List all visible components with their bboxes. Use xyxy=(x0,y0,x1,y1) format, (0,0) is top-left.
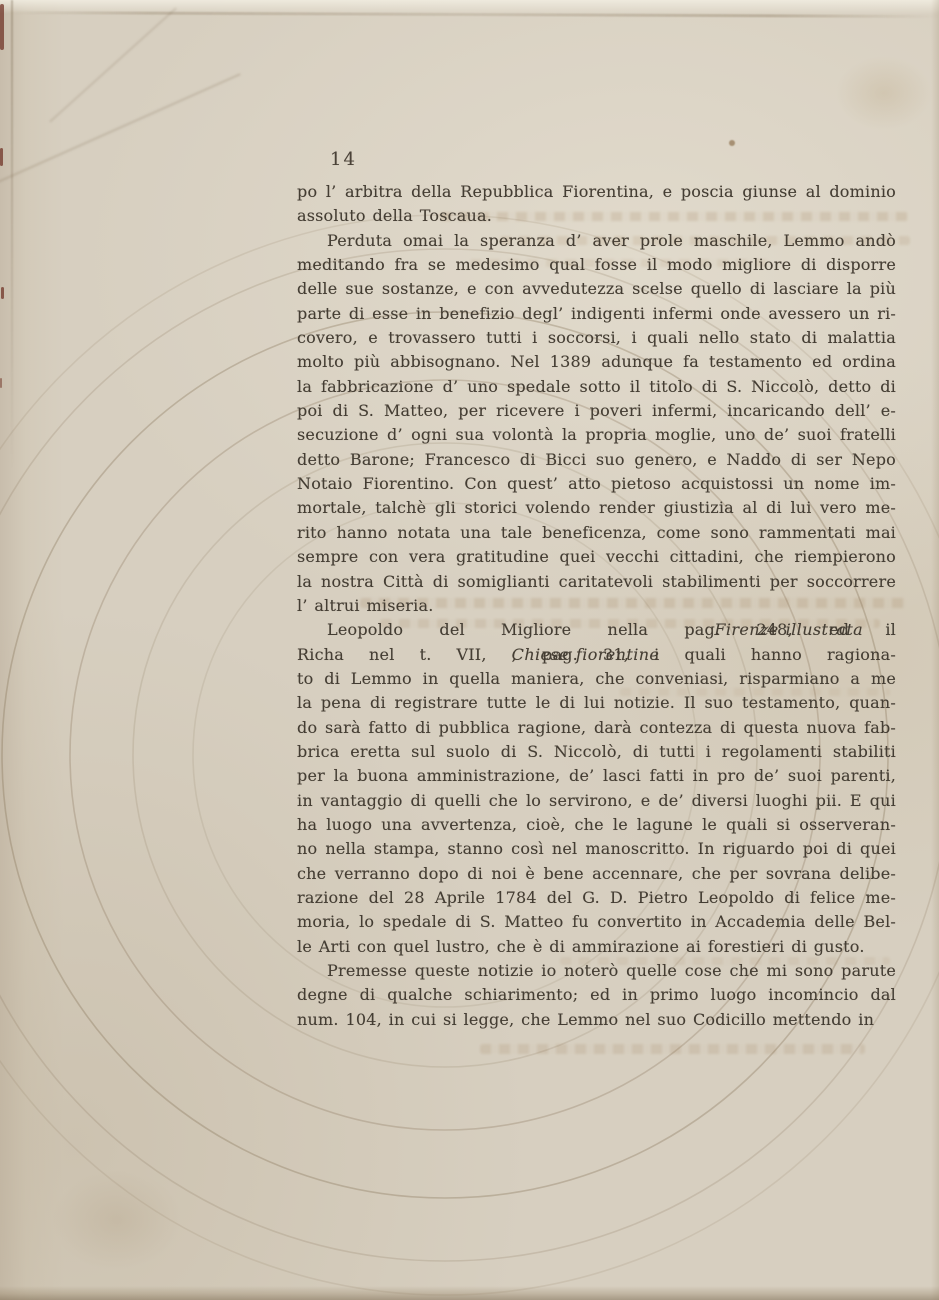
text-line: Premesse queste notizie io noterò quelle… xyxy=(297,959,896,983)
show-through-ghost-text xyxy=(480,1044,865,1054)
text-line: degne di qualche schiarimento; ed in pri… xyxy=(297,983,896,1007)
text-line: no nella stampa, stanno così nel manoscr… xyxy=(297,837,896,861)
binding-edge-mark xyxy=(0,378,2,388)
text-line: po l’ arbitra della Repubblica Fiorentin… xyxy=(297,180,896,204)
text-line: la pena di registrare tutte le di lui no… xyxy=(297,691,896,715)
text-line: molto più abbisognano. Nel 1389 adunque … xyxy=(297,350,896,374)
text-line: Richa nel t. VII, Chiese fiorentine, pag… xyxy=(297,643,896,667)
text-line: assoluto della Toscaua. xyxy=(297,204,896,228)
text-line: do sarà fatto di pubblica ragione, darà … xyxy=(297,716,896,740)
text-line: moria, lo spedale di S. Matteo fu conver… xyxy=(297,910,896,934)
text-line: la nostra Città di somiglianti caritatev… xyxy=(297,570,896,594)
paper-stain xyxy=(836,56,932,130)
binding-edge-mark xyxy=(0,4,4,50)
text-line: parte di esse in benefizio degl’ indigen… xyxy=(297,302,896,326)
text-line: razione del 28 Aprile 1784 del G. D. Pie… xyxy=(297,886,896,910)
text-line: ha luogo una avvertenza, cioè, che le la… xyxy=(297,813,896,837)
text-line: num. 104, in cui si legge, che Lemmo nel… xyxy=(297,1008,896,1032)
text-line: mortale, talchè gli storici volendo rend… xyxy=(297,496,896,520)
text-line: detto Barone; Francesco di Bicci suo gen… xyxy=(297,448,896,472)
text-line: to di Lemmo in quella maniera, che conve… xyxy=(297,667,896,691)
page-number: 14 xyxy=(330,149,357,170)
text-line: delle sue sostanze, e con avvedutezza sc… xyxy=(297,277,896,301)
text-line: sempre con vera gratitudine quei vecchi … xyxy=(297,545,896,569)
text-line: secuzione d’ ogni sua volontà la propria… xyxy=(297,423,896,447)
text-line: poi di S. Matteo, per ricevere i poveri … xyxy=(297,399,896,423)
binding-edge-mark xyxy=(0,148,3,166)
text-line: Leopoldo del Migliore nella Firenze illu… xyxy=(297,618,896,642)
foxing-spot xyxy=(729,140,735,146)
text-line: la fabbricazione d’ uno spedale sotto il… xyxy=(297,375,896,399)
text-line: Notaio Fiorentino. Con quest’ atto pieto… xyxy=(297,472,896,496)
binding-edge-mark xyxy=(1,287,4,299)
page-bottom-edge xyxy=(0,1286,939,1300)
text-line: rito hanno notata una tale beneficenza, … xyxy=(297,521,896,545)
body-text: po l’ arbitra della Repubblica Fiorentin… xyxy=(297,180,896,1032)
text-line: in vantaggio di quelli che lo servirono,… xyxy=(297,789,896,813)
text-line: che verranno dopo di noi è bene accennar… xyxy=(297,862,896,886)
text-line: l’ altrui miseria. xyxy=(297,594,896,618)
text-line: covero, e trovassero tutti i soccorsi, i… xyxy=(297,326,896,350)
text-line: per la buona amministrazione, de’ lasci … xyxy=(297,764,896,788)
paper-stain xyxy=(52,1170,182,1270)
book-page-scan: 14 po l’ arbitra della Repubblica Fioren… xyxy=(0,0,939,1300)
text-line: le Arti con quel lustro, che è di ammira… xyxy=(297,935,896,959)
text-line: brica eretta sul suolo di S. Niccolò, di… xyxy=(297,740,896,764)
text-line: meditando fra se medesimo qual fosse il … xyxy=(297,253,896,277)
text-line: Perduta omai la speranza d’ aver prole m… xyxy=(297,229,896,253)
page-right-edge xyxy=(931,0,939,1300)
